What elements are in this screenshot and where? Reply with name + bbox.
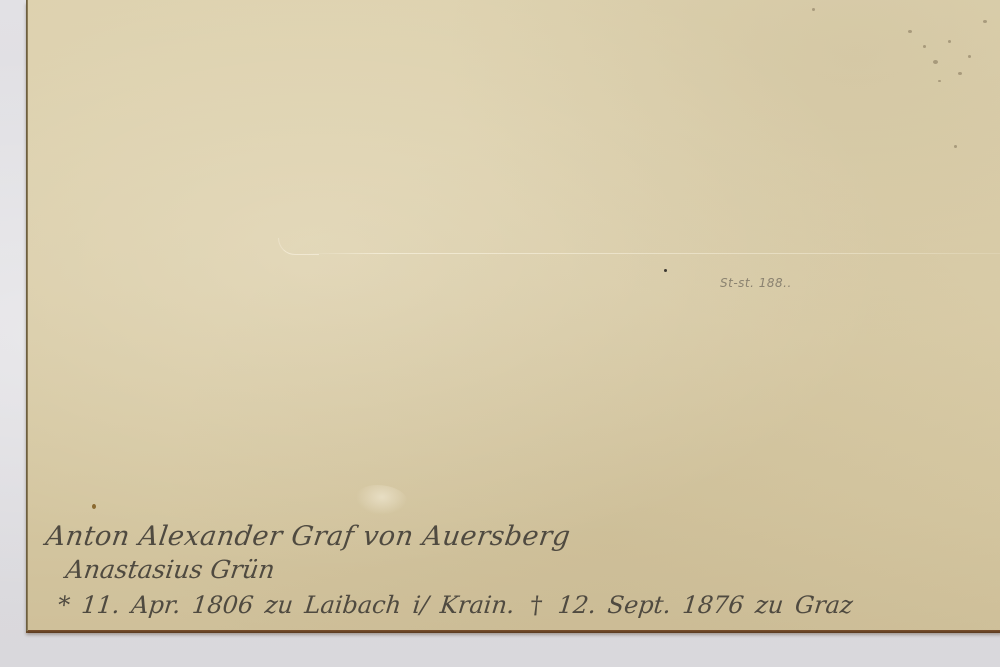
- foxing-spot: [812, 8, 815, 11]
- inscription-dates: * 11. Apr. 1806 zu Laibach i/ Krain. † 1…: [57, 593, 854, 617]
- birth-date-place: 11. Apr. 1806 zu Laibach i/ Krain.: [80, 591, 516, 619]
- foxing-spot: [968, 55, 971, 58]
- paper-sheet: St-st. 188.. Anton Alexander Graf von Au…: [26, 0, 1000, 631]
- inscription-name: Anton Alexander Graf von Auersberg: [44, 523, 572, 550]
- ink-speck: [92, 504, 96, 509]
- death-date-place: 12. Sept. 1876 zu Graz: [556, 591, 854, 619]
- paper-bottom-edge: [28, 630, 1000, 633]
- foxing-spot: [933, 60, 938, 64]
- foxing-spot: [923, 45, 926, 48]
- foxing-spot: [908, 30, 912, 33]
- foxing-spot: [938, 80, 941, 82]
- foxing-spot: [948, 40, 951, 43]
- plate-mark-line: [308, 253, 1000, 254]
- paper-abrasion: [356, 485, 408, 515]
- foxing-spot: [983, 20, 987, 23]
- foxing-spot: [954, 145, 957, 148]
- catalog-mark: St-st. 188..: [720, 276, 792, 290]
- death-symbol: †: [529, 591, 544, 619]
- inscription-pseudonym: Anastasius Grün: [64, 557, 276, 582]
- birth-symbol: *: [57, 591, 72, 619]
- ink-speck: [664, 269, 667, 272]
- foxing-spot: [958, 72, 962, 75]
